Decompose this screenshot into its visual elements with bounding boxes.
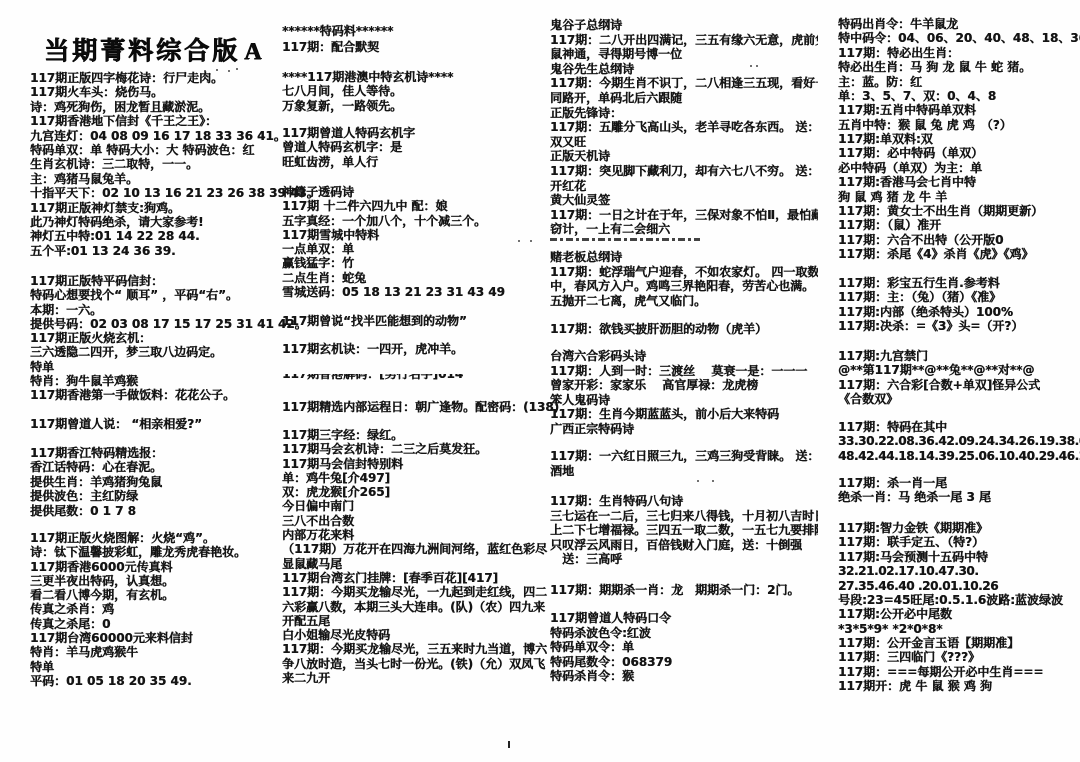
text-line: 曾道人特码玄机字：是 [282,140,544,154]
section-heading: 117期马会信封特别料 [282,457,544,471]
section-heading: 117期曾说“找半匹能想到的动物” [282,314,544,328]
section-heading: 117期曾道人特码玄机字 [282,126,544,140]
text-line: 主：蓝。防：红 [838,75,1074,89]
text-line: 平码：01 05 18 20 35 49. [30,674,275,688]
section-heading: 117期：杀一肖一尾 [838,476,1074,490]
plum-poem-and-lamp-block: 117期正版四字梅花诗：行尸走肉。 117期火车头：烧伤马。 诗：鸡死狗伤，困龙… [30,71,275,258]
section-heading: 117期：生肖特码八句诗 [550,494,818,509]
text-line: 特肖：羊马虎鸡猴牛 [30,645,275,659]
section-heading: 117期台湾60000元来料信封 [30,631,275,645]
text-line: 窃计，一上有二会细六 [550,222,818,237]
text-line: 117期：杀尾《4》杀肖《虎》《鸡》 [838,247,1074,261]
fire-diagram-fax-block: 117期正版火烧图解：火烧“鸡”。 诗：钛下温馨披彩虹，雕龙秀虎春艳妆。 117… [30,531,275,688]
eight-line-poem-block: 117期：生肖特码八句诗 三七运在一二后，三七归来八得钱，十月初八吉时日， 上二… [550,494,818,567]
text-line: 赢钱猛字：竹 [282,256,544,270]
section-heading: 鬼谷先生总纲诗 [550,62,818,77]
section-heading: 内部万花来料 [282,528,544,542]
animal-riddle-block: 117期：欲钱买披肝沥胆的动物（虎羊） [550,322,818,336]
text-line: 117期：突见脚下藏利刀，却有六七八不穷。 送：一定 [550,164,818,179]
kill-zodiac-tail-block: 117期：杀一肖一尾 绝杀一肖：马 绝杀一尾 3 尾 [838,476,1074,505]
text-line: 117期：人到一时：三渡丝 莫衰一是：一一一 [550,364,818,379]
text-line: 本期：一六。 [30,303,275,317]
text-line: 鼠神通，寻得期号博一位 [550,47,818,62]
text-line: 117期:单双料:双 [838,132,1074,146]
text-line: 117期：黄女士不出生肖（期期更新） [838,204,1074,218]
text-line: 五抛开二七离，虎气又临门。 [550,294,818,309]
text-line: 特码出肖令：牛羊鼠龙 [838,17,1074,31]
text-line: （117期）万花开在四海九洲间河络，蓝红色彩尽 [282,542,544,556]
text-line: @**第117期**@**兔**@**对**@ [838,363,1074,377]
special-code-list-block: 117期：特码在其中 33.30.22.08.36.42.09.24.34.26… [838,420,1074,463]
text-line: 《合数双》 [838,392,1074,406]
text-line: 117期 十二件六四九中 配：娘 [282,199,544,213]
section-heading: 117期雪城中特料 [282,228,544,242]
special-code-envelope-block: 117期正版特平码信封： 特码心想要找个“ 顺耳” ，平码“右”。 本期：一六。… [30,274,275,403]
text-line: 117期：主：（兔）（猪）《准》 [838,290,1074,304]
section-heading: 117期正版火烧玄机： [30,331,275,345]
special-code-block: ******特码料****** 117期：配合默契 [282,24,544,55]
text-line: 117期开：虎 牛 鼠 猴 鸡 狗 [838,679,1074,693]
section-heading: 白小姐输尽光皮特码 [282,628,544,642]
section-heading: 笨人鬼码诗 [550,393,818,408]
text-line: 特单 [30,660,275,674]
section-heading: 117期玄机诀：一四开，虎冲羊。 [282,342,544,356]
text-line: 一点单双：单 [282,242,544,256]
snow-city-block: 神算子透码诗 117期 十二件六四九中 配：娘 五字真经：一个加八个，十个减三个… [282,185,544,299]
text-line: 117期：五雕分飞高山头，老羊寻吃各东西。 送：二门 [550,120,818,135]
column-3: 鬼谷子总纲诗 117期：二八开出四满记，三五有缘六无意，虎前兔后 鼠神通，寻得期… [550,0,818,762]
text-line: 七八月间，佳人等待。 [282,84,544,98]
text-line: 今日偏中南门 [282,499,544,513]
text-line: 传真之杀肖：鸡 [30,602,275,616]
text-line: 五字真经：一个加八个，十个减三个。 [282,214,544,228]
section-heading: 117期香港6000元传真料 [30,560,275,574]
jockey-forecast-block: 117期:智力金铁《期期准》 117期：联手定五、（特?） 117期:马会预测十… [838,521,1074,694]
text-line: 五个平:01 13 24 36 39. [30,244,275,258]
text-line: 单：鸡牛兔[介497] [282,471,544,485]
section-heading: 117期:公开必中尾数 [838,607,1074,621]
section-heading: 赌老板总纲诗 [550,250,818,265]
text-line: 来二九开 [282,671,544,685]
section-heading: 117期三字经：绿红。 [282,428,544,442]
section-heading: 117期正版四字梅花诗：行尸走肉。 [30,71,275,85]
text-line: 雪城送码：05 18 13 21 23 31 43 49 [282,285,544,299]
text-line: 上二下七增福禄。三四五一取二数，一五七九要排除， [550,523,818,538]
xiangjiang-report-block: 117期香江特码精选报： 香江话特码：心在春泥。 提供生肖：羊鸡猪狗兔鼠 提供波… [30,446,275,518]
section-heading: 117期香江特码精选报： [30,446,275,460]
text-line: 只叹浮云风雨日，百倍钱财入门庭，送：十倒强 [550,538,818,553]
taiwan-poem-block: 台湾六合彩码头诗 117期：人到一时：三渡丝 莫衰一是：一一一 曾家开彩：家家乐… [550,349,818,436]
text-line: 生肖玄机诗：三二取特，一一。 [30,157,275,171]
text-line: 双又旺 [550,135,818,150]
text-line: 特码单双：单 特码大小：大 特码波色：红 [30,143,275,157]
text-line: 酒地 [550,464,818,479]
text-line: 六彩赢八数，本期三头大连串。(队)（农）四九来 [282,600,544,614]
scanned-tip-sheet: 当期菁料综合版A 117期正版四字梅花诗：行尸走肉。 117期火车头：烧伤马。 … [0,0,1080,762]
text-line: 单：3、5、7、双：0、4、8 [838,89,1074,103]
text-line: 主：鸡猪马鼠兔羊。 [30,172,275,186]
text-line: 三六透隐二四开，梦三取八边码定。 [30,345,275,359]
zeng-daoren-word-block: 117期曾道人特码玄机字 曾道人特码玄机字：是 旺虹齿涝，单人行 [282,126,544,169]
text-line: 117期：生肖今期蓝蓝头，前小后大来特码 [550,407,818,422]
section-heading: 117期台湾玄门挂牌：[春季百花][417] [282,571,544,585]
number-list: 27.35.46.40 .20.01.10.26 [838,579,1074,593]
text-line: 提供生肖：羊鸡猪狗兔鼠 [30,475,275,489]
text-line: 十指平天下：02 10 13 16 21 23 26 38 39 43。 [30,186,275,200]
text-line: 同路开，单码北后六跟随 [550,91,818,106]
text-line: 提供号码：02 03 08 17 15 17 25 31 41 42。 [30,317,275,331]
text-line: 117期：六合彩[合数+单双]怪异公式 [838,378,1074,392]
zeng-password-block: 117期曾道人特码口令 特码杀波色令:红波 特码单双令：单 特码尾数令：0683… [550,611,818,684]
section-heading: 117期香港地下信封《千王之王》： [30,114,275,128]
section-heading: 117期：期期杀一肖：龙 期期杀一门：2门。 [550,583,818,597]
text-line: 特肖：狗牛鼠羊鸡猴 [30,374,275,388]
text-line: 开红花 [550,179,818,194]
section-heading: 117期:九宫禁门 [838,349,1074,363]
section-heading: 117期精选内部运程日：朝广逢物。配密码：(138) [282,400,544,414]
guangxi-poem-block: 117期：一六红日照三九，三鸡三狗受背睐。 送：花天 酒地 [550,449,818,478]
section-heading: 117期：===每期公开必中生肖=== [838,665,1074,679]
section-heading: 117期：欲钱买披肝沥胆的动物（虎羊） [550,322,818,336]
section-heading: 117期:香港马会七肖中特 [838,175,1074,189]
text-line: 香江话特码：心在春泥。 [30,460,275,474]
section-heading: 117期:马会预测十五码中特 [838,550,1074,564]
section-heading: 117期：必中特码（单双） [838,146,1074,160]
section-heading: 正版先锋诗： [550,106,818,121]
text-line: 三更半夜出特码，认真想。 [30,574,275,588]
text-line: 特必出生肖：马 狗 龙 鼠 牛 蛇 猪。 [838,60,1074,74]
hk-macau-poem-block: ****117期港澳中特玄机诗**** 七八月间，佳人等待。 万象复新，一路领先… [282,70,544,113]
zodiac-order-block: 特码出肖令：牛羊鼠龙 特中码令：04、06、20、40、48、18、36 117… [838,17,1074,261]
guigu-poem-block: 鬼谷子总纲诗 117期：二八开出四满记，三五有缘六无意，虎前兔后 鼠神通，寻得期… [550,18,818,237]
text-line: 117期火车头：烧伤马。 [30,85,275,99]
text-line: 117期：二八开出四满记，三五有缘六无意，虎前兔后 [550,33,818,48]
mystery-formula-block: 117期玄机诀：一四开，虎冲羊。 [282,342,544,356]
text-line: 诗：钛下温馨披彩虹，雕龙秀虎春艳妆。 [30,545,275,559]
text-line: 三八不出合数 [282,514,544,528]
text-line: 117期:内部（绝杀特头）100% [838,305,1074,319]
text-line: 必中特码（单双）为主：单 [838,161,1074,175]
text-line: 争八放时造，当头七时一份光。(铁)（允）双凤飞 [282,657,544,671]
section-heading: 117期：彩宝五行生肖.参考料 [838,276,1074,290]
text-line: 特单 [30,360,275,374]
text-line: 117期：一六红日照三九，三鸡三狗受背睐。 送：花天 [550,449,818,464]
section-heading: 神算子透码诗 [282,185,544,199]
section-heading: 117期：特必出生肖： [838,46,1074,60]
text-line: 特中码令：04、06、20、40、48、18、36 [838,31,1074,45]
text-line: 117期：蛇浮瑞气户迎春，不如农家灯。 四一取数二桂 [550,265,818,280]
text-line: 特码心想要找个“ 顺耳” ，平码“右”。 [30,288,275,302]
text-line: 曾家开彩：家家乐 高官厚禄：龙虎榜 [550,378,818,393]
section-heading: 117期：公开金言玉语【期期准】 [838,636,1074,650]
text-line: 开配五尾 [282,614,544,628]
text-line: 提供波色：主红防绿 [30,489,275,503]
column-4: 特码出肖令：牛羊鼠龙 特中码令：04、06、20、40、48、18、36 117… [838,0,1074,762]
text-line: 双：虎龙猴[介265] [282,485,544,499]
scan-artifact [550,238,700,241]
text-line: 117期:决杀：=《3》头=（开?） [838,319,1074,333]
text-line: 117期：联手定五、（特?） [838,535,1074,549]
section-heading: 鬼谷子总纲诗 [550,18,818,33]
section-heading: 117期曾道人特码口令 [550,611,818,626]
nine-palace-block: 117期:九宫禁门 @**第117期**@**兔**@**对**@ 117期：六… [838,349,1074,407]
text-line: *3*5*9* *2*0*8* [838,622,1074,636]
text-line: 特码单双令：单 [550,640,818,655]
text-line: 117期：配合默契 [282,40,544,56]
column-2: ******特码料****** 117期：配合默契 ****117期港澳中特玄机… [282,0,544,762]
number-list: 32.21.02.17.10.47.30. [838,564,1074,578]
text-line: 狗 鼠 鸡 猪 龙 牛 羊 [838,190,1074,204]
section-heading: 117期正版神灯禁支:狗鸡。 [30,201,275,215]
zeng-daoren-block: 117期曾道人说： “相亲相爱?” [30,417,275,431]
clipped-line: 117期香港解码：[男行名字]014 [282,374,544,382]
text-line: 此乃神灯特码绝杀，请大家参考! [30,215,275,229]
text-line: 117期香港解码：[男行名字]014 [282,374,544,381]
section-heading: 117期:五肖中特码单双料 [838,103,1074,117]
text-line: 旺虹齿涝，单人行 [282,155,544,169]
text-line: 特码杀波色令:红波 [550,626,818,641]
text-line: 看二看八博今期，有玄机。 [30,588,275,602]
text-line: 五肖中特：猴 鼠 兔 虎 鸡 （?） [838,118,1074,132]
text-line: 117期香港第一手做饭料：花花公子。 [30,388,275,402]
text-line: 117期：今期买龙输尽光，一九起到走红线，四二 [282,585,544,599]
five-elements-block: 117期：彩宝五行生肖.参考料 117期：主：（兔）（猪）《准》 117期:内部… [838,276,1074,334]
section-heading: ******特码料****** [282,24,544,40]
text-line: 中，春风方入户。鸡鸣三界艳阳春，劳苦心也满。 四 [550,279,818,294]
text-line: 特码杀肖令：猴 [550,669,818,684]
column-1: 117期正版四字梅花诗：行尸走肉。 117期火车头：烧伤马。 诗：鸡死狗伤，困龙… [30,0,275,762]
every-period-kill-block: 117期：期期杀一肖：龙 期期杀一门：2门。 [550,583,818,597]
text-line: 117期：一日之计在于年，三保对象不怕Ⅱ，最怕藏身三 [550,208,818,223]
section-heading: 117期：特码在其中 [838,420,1074,434]
section-heading: 正版天机诗 [550,149,818,164]
text-line: 117期：六合不出特（公开版0 [838,233,1074,247]
text-line: 神灯五中特:01 14 22 28 44. [30,229,275,243]
text-line: 号段:23=45旺尾:0.5.1.6波路:蓝波绿波 [838,593,1074,607]
text-line: 诗：鸡死狗伤，困龙暂且藏淤泥。 [30,100,275,114]
text-line: 117期：三四临门《???》 [838,650,1074,664]
text-line: 117期马会玄机诗：二三之后莫发狂。 [282,442,544,456]
text-line: 特码尾数令：068379 [550,655,818,670]
text-line: 三七运在一二后，三七归来八得钱，十月初八吉时日， [550,509,818,524]
text-line: 117期：今期买龙输尽光，三五来时九当道，博六 [282,642,544,656]
text-line: 绝杀一肖：马 绝杀一尾 3 尾 [838,490,1074,504]
text-line: 117期：今期生肖不识丁，二八相逢三五现，看好一八 [550,76,818,91]
section-heading: 117期正版特平码信封： [30,274,275,288]
section-heading: 台湾六合彩码头诗 [550,349,818,364]
text-line: 117期：（鼠）准开 [838,218,1074,232]
section-heading: ****117期港澳中特玄机诗**** [282,70,544,84]
text-line: 提供尾数：0 1 7 8 [30,504,275,518]
text-line: 送：三高呼 [550,552,818,567]
number-list: 33.30.22.08.36.42.09.24.34.26.19.38.01. [838,434,1074,448]
text-line: 传真之杀尾：0 [30,617,275,631]
text-line: 九宫连灯：04 08 09 16 17 18 33 36 41。 [30,129,275,143]
section-heading: 广西正宗特码诗 [550,422,818,437]
section-heading: 黄大仙灵签 [550,193,818,208]
text-line: 二点生肖：蛇兔 [282,271,544,285]
number-list: 48.42.44.18.14.39.25.06.10.40.29.46.20. [838,449,1074,463]
zeng-riddle-block: 117期曾说“找半匹能想到的动物” [282,314,544,328]
boss-poem-block: 赌老板总纲诗 117期：蛇浮瑞气户迎春，不如农家灯。 四一取数二桂 中，春风方入… [550,250,818,308]
text-line: 显鼠藏马尾 [282,557,544,571]
section-heading: 117期:智力金铁《期期准》 [838,521,1074,535]
jockey-club-block: 117期三字经：绿红。 117期马会玄机诗：二三之后莫发狂。 117期马会信封特… [282,428,544,685]
internal-fortune-block: 117期精选内部运程日：朝广逢物。配密码：(138) [282,400,544,414]
section-heading: 117期正版火烧图解：火烧“鸡”。 [30,531,275,545]
section-heading: 117期曾道人说： “相亲相爱?” [30,417,275,431]
text-line: 万象复新，一路领先。 [282,99,544,113]
